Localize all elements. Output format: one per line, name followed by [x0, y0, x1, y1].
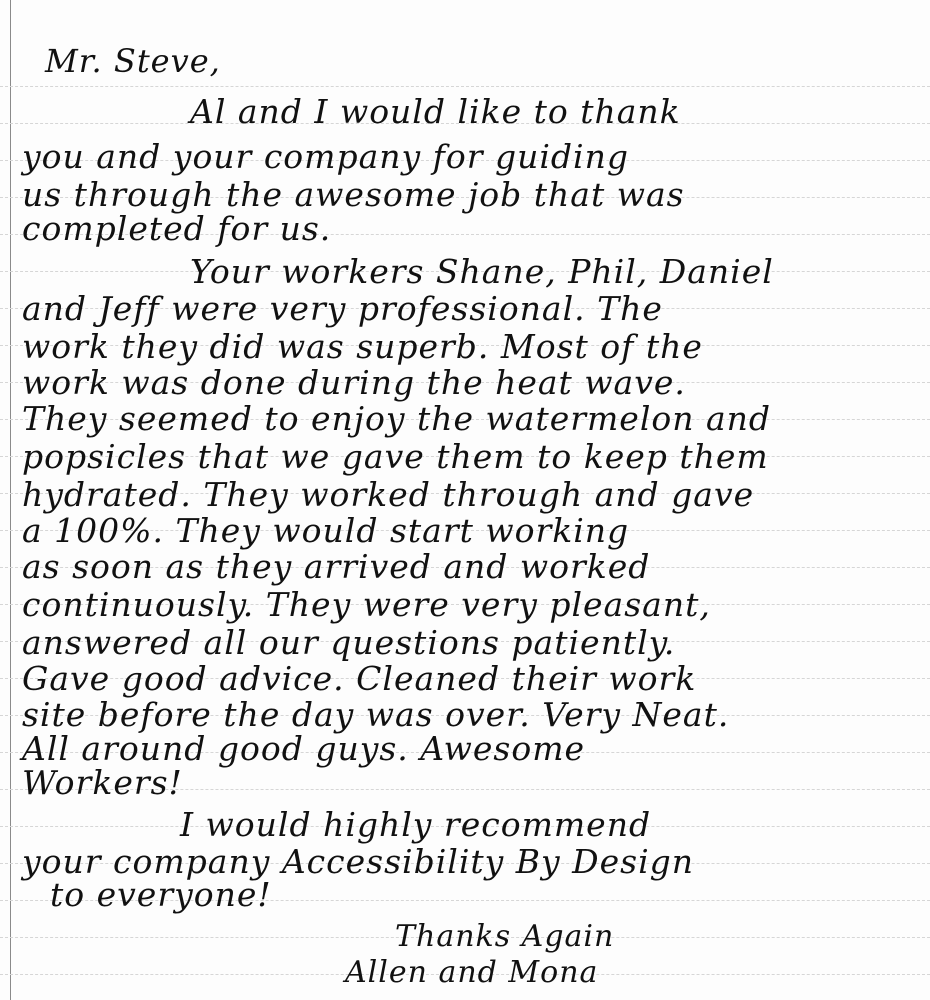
letter-line: popsicles that we gave them to keep them [22, 440, 769, 473]
letter-line: to everyone! [50, 878, 272, 911]
letter-line: work was done during the heat wave. [22, 366, 686, 399]
letter-line: Your workers Shane, Phil, Daniel [190, 255, 774, 288]
letter-page: Mr. Steve, Al and I would like to thank … [0, 0, 930, 1000]
signature: Allen and Mona [345, 958, 598, 988]
letter-line: Al and I would like to thank [190, 95, 681, 128]
letter-line: your company Accessibility By Design [22, 845, 694, 878]
letter-line: Gave good advice. Cleaned their work [22, 662, 696, 695]
letter-line: a 100%. They would start working [22, 514, 629, 547]
letter-line: you and your company for guiding [22, 140, 629, 173]
letter-line: I would highly recommend [180, 808, 651, 841]
letter-line: They seemed to enjoy the watermelon and [22, 402, 771, 435]
letter-line: and Jeff were very professional. The [22, 292, 663, 325]
letter-line: Workers! [22, 766, 183, 799]
margin-line [10, 0, 11, 1000]
ruled-line [0, 86, 930, 87]
letter-line: continuously. They were very pleasant, [22, 588, 711, 621]
letter-line: us through the awesome job that was [22, 178, 685, 211]
salutation: Mr. Steve, [45, 45, 221, 77]
letter-line: work they did was superb. Most of the [22, 330, 703, 363]
letter-line: answered all our questions patiently. [22, 626, 675, 659]
letter-line: All around good guys. Awesome [22, 732, 585, 765]
letter-line: completed for us. [22, 212, 331, 245]
closing: Thanks Again [395, 922, 614, 952]
letter-line: site before the day was over. Very Neat. [22, 698, 729, 731]
letter-line: as soon as they arrived and worked [22, 550, 650, 583]
letter-line: hydrated. They worked through and gave [22, 478, 754, 511]
